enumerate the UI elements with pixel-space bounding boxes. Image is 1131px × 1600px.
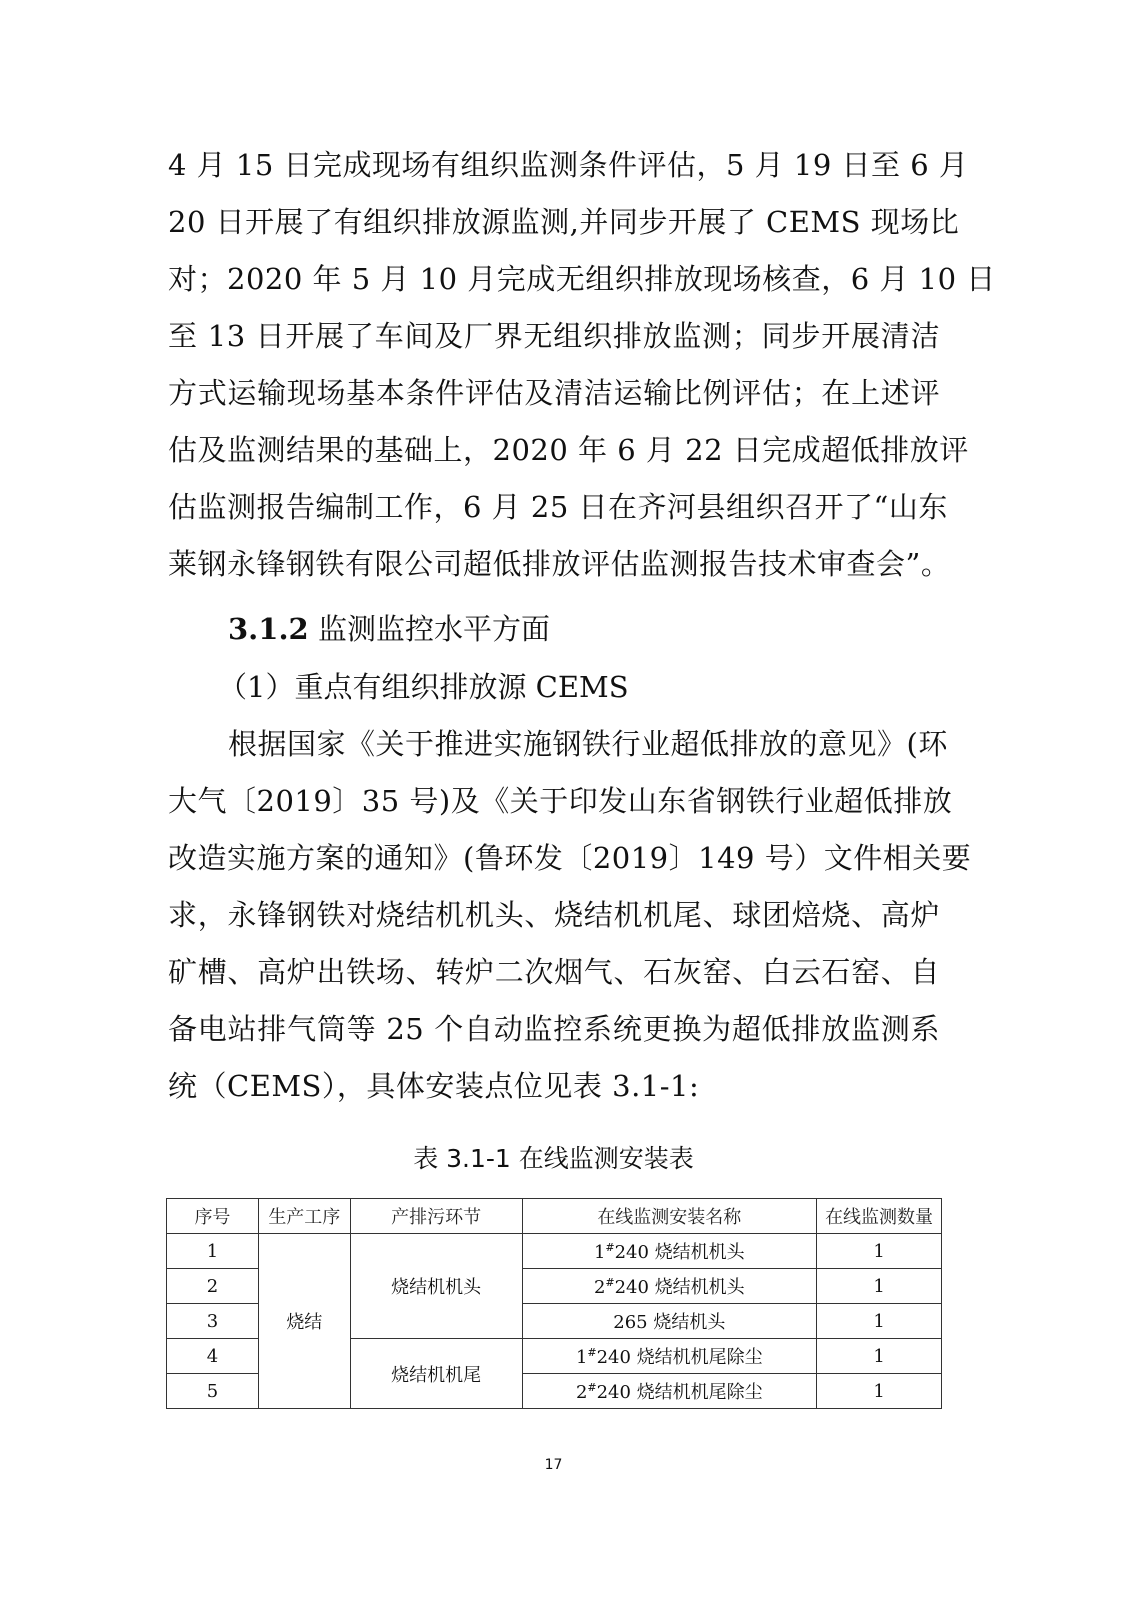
- header-no: 序号: [167, 1199, 259, 1234]
- text-line: 估监测报告编制工作，6 月 25 日在齐河县组织召开了“山东: [168, 487, 940, 527]
- cell-stage: 烧结机机尾: [350, 1339, 522, 1409]
- cell-quantity: 1: [817, 1339, 942, 1374]
- cell-install-name: 2#240 烧结机机头: [522, 1269, 817, 1304]
- section-number: 3.1.2: [228, 612, 309, 646]
- cell-quantity: 1: [817, 1304, 942, 1339]
- text-line: 求，永锋钢铁对烧结机机头、烧结机机尾、球团焙烧、高炉: [168, 895, 940, 935]
- text-line: 至 13 日开展了车间及厂界无组织排放监测；同步开展清洁: [168, 316, 940, 356]
- table-caption: 表 3.1-1 在线监测安装表: [0, 1141, 1107, 1177]
- text-line: 20 日开展了有组织排放源监测,并同步开展了 CEMS 现场比: [168, 202, 940, 242]
- header-quantity: 在线监测数量: [817, 1199, 942, 1234]
- header-stage: 产排污环节: [350, 1199, 522, 1234]
- table-header-row: 序号 生产工序 产排污环节 在线监测安装名称 在线监测数量: [167, 1199, 942, 1234]
- cell-no: 4: [167, 1339, 259, 1374]
- page-number: 17: [0, 1457, 1107, 1473]
- section-heading: 3.1.2 监测监控水平方面: [228, 609, 550, 649]
- text-line: 统（CEMS），具体安装点位见表 3.1-1:: [168, 1066, 940, 1106]
- text-line: 根据国家《关于推进实施钢铁行业超低排放的意见》(环: [228, 724, 940, 764]
- text-line: 估及监测结果的基础上，2020 年 6 月 22 日完成超低排放评: [168, 430, 940, 470]
- table-row: 1 烧结 烧结机机头 1#240 烧结机机头 1: [167, 1234, 942, 1269]
- cell-no: 5: [167, 1374, 259, 1409]
- text-line: 大气〔2019〕35 号)及《关于印发山东省钢铁行业超低排放: [168, 781, 940, 821]
- monitoring-table: 序号 生产工序 产排污环节 在线监测安装名称 在线监测数量 1 烧结 烧结机机头…: [166, 1198, 942, 1409]
- cell-quantity: 1: [817, 1374, 942, 1409]
- header-install-name: 在线监测安装名称: [522, 1199, 817, 1234]
- cell-no: 3: [167, 1304, 259, 1339]
- cell-install-name: 265 烧结机头: [522, 1304, 817, 1339]
- text-line: 矿槽、高炉出铁场、转炉二次烟气、石灰窑、白云石窑、自: [168, 952, 940, 992]
- cell-no: 1: [167, 1234, 259, 1269]
- cell-quantity: 1: [817, 1234, 942, 1269]
- text-line: 方式运输现场基本条件评估及清洁运输比例评估；在上述评: [168, 373, 940, 413]
- cell-stage: 烧结机机头: [350, 1234, 522, 1339]
- cell-no: 2: [167, 1269, 259, 1304]
- section-title: 监测监控水平方面: [318, 612, 550, 646]
- subheading: （1）重点有组织排放源 CEMS: [218, 667, 629, 707]
- text-line: 对；2020 年 5 月 10 月完成无组织排放现场核查，6 月 10 日: [168, 259, 940, 299]
- cell-process: 烧结: [258, 1234, 350, 1409]
- text-line: 备电站排气筒等 25 个自动监控系统更换为超低排放监测系: [168, 1009, 940, 1049]
- text-line: 4 月 15 日完成现场有组织监测条件评估，5 月 19 日至 6 月: [168, 145, 940, 185]
- cell-install-name: 1#240 烧结机机尾除尘: [522, 1339, 817, 1374]
- text-line: 莱钢永锋钢铁有限公司超低排放评估监测报告技术审查会”。: [168, 544, 940, 584]
- cell-install-name: 1#240 烧结机机头: [522, 1234, 817, 1269]
- cell-quantity: 1: [817, 1269, 942, 1304]
- text-line: 改造实施方案的通知》(鲁环发〔2019〕149 号）文件相关要: [168, 838, 940, 878]
- header-process: 生产工序: [258, 1199, 350, 1234]
- cell-install-name: 2#240 烧结机机尾除尘: [522, 1374, 817, 1409]
